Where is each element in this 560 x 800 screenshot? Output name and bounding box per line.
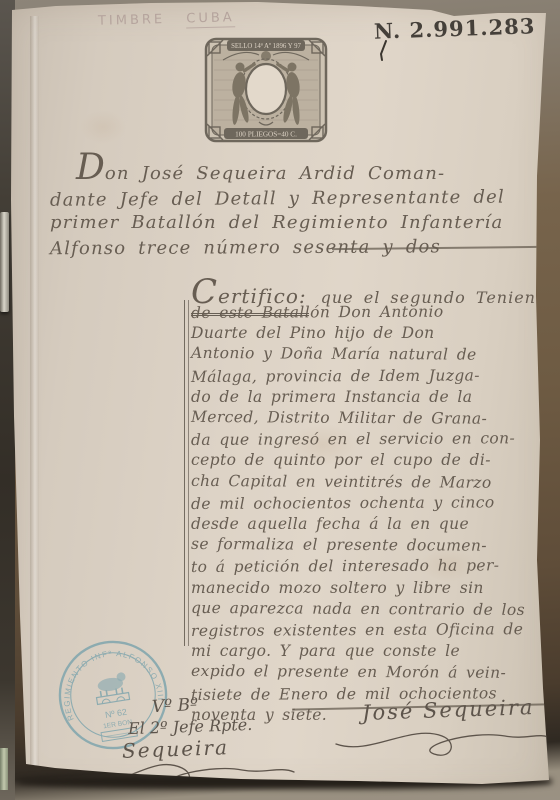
certificate-line: se formaliza el presente documen- [191,534,551,557]
certificate-line: desde aquella fecha á la en que [191,514,551,535]
opening-line: dante Jefe del Detall y Representante de… [50,185,550,213]
visto-bueno-mark: Vº Bº [152,695,199,717]
pen-tick-mark [377,40,391,62]
certificate-line: da que ingresó en el servicio en con- [191,428,551,451]
pencil-word-timbre: TIMBRE [98,12,166,29]
revenue-stamp-seal: SELLO 14ª Aº 1896 Y 97 100 PLIEGOS=40 C. [203,36,329,144]
certificate-line: to á petición del interesado ha per- [191,555,551,578]
opening-line: Don José Sequeira Ardid Coman- [50,156,550,187]
serial-number: N. 2.991.283 [374,13,536,44]
certificate-line: do de la primera Instancia de la [191,387,551,408]
certificate-line: expido el presente en Morón á vein- [191,661,551,684]
certificate-line: mi cargo. Y para que conste le [191,641,551,662]
seal-bottom-banner-text: 100 PLIEGOS=40 C. [235,130,297,138]
certificate-body: de este Batallón Don Antonio Duarte del … [191,302,551,726]
certificate-line: Málaga, provincia de Idem Juzga- [191,365,551,388]
opening-line: primer Batallón del Regimiento Infanterí… [50,211,550,236]
right-signature-flourish [330,720,555,768]
photographed-document: TIMBRE CUBA N. 2.991.283 [0,0,560,800]
metal-edge-object [0,748,8,790]
margin-rule-line [184,300,189,646]
certificate-line: cepto de quinto por el cupo de di- [191,450,551,471]
pencil-annotation: TIMBRE CUBA [98,10,235,29]
certificate-line: registros existentes en esta Oficina de [191,619,551,642]
certificate-line: Antonio y Doña María natural de [191,343,551,366]
metal-clip-object [0,212,9,312]
certificate-line: que aparezca nada en contrario de los [191,598,551,621]
opening-paragraph: Don José Sequeira Ardid Coman- dante Jef… [50,156,550,260]
certificate-line: de mil ochocientos ochenta y cinco [191,492,551,515]
lion-crest [93,672,129,705]
certificate-line: cha Capital en veintitrés de Marzo [191,471,551,494]
stamp-number: Nº 62 [104,707,127,720]
pencil-word-cuba: CUBA [186,10,235,28]
document-paper: TIMBRE CUBA N. 2.991.283 [0,0,560,800]
certificate-line: Merced, Distrito Militar de Grana- [191,407,551,430]
left-signer-title: El 2º Jefe Rpte. [128,715,253,738]
certificate-line: Duarte del Pino hijo de Don [191,323,551,344]
paper-fold-crease [30,16,39,768]
paper-stain [80,110,126,144]
certificate-line: manecido mozo soltero y libre sin [191,578,551,599]
oval-blank-center [246,64,286,114]
certificate-line: de este Batallón Don Antonio [191,301,551,324]
seal-top-banner-text: SELLO 14ª Aº 1896 Y 97 [231,43,301,50]
